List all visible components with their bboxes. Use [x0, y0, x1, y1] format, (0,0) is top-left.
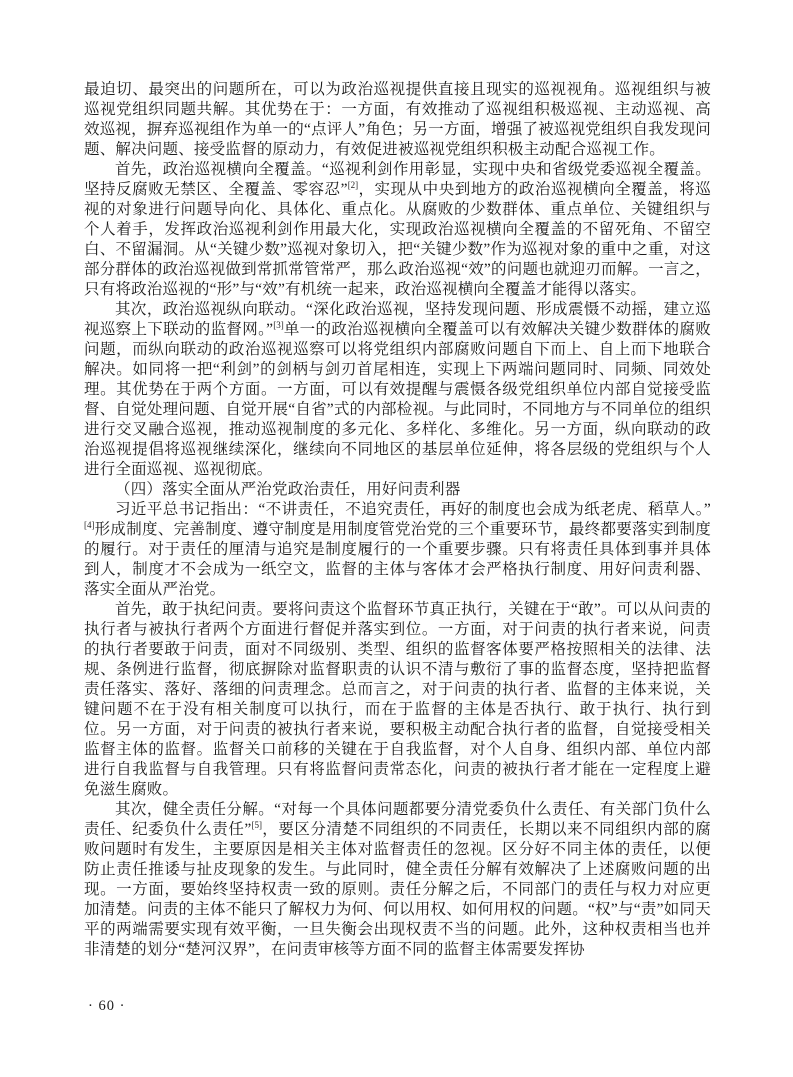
para-vertical-linkage: 其次，政治巡视纵向联动。“深化政治巡视，坚持发现问题、形成震慑不动摇，建立巡视巡…	[84, 300, 711, 480]
footnote-ref: [4]	[84, 520, 95, 530]
page-number: · 60 ·	[88, 998, 125, 1015]
footnote-ref: [5]	[251, 820, 262, 830]
para-continuation: 最迫切、最突出的问题所在，可以为政治巡视提供直接且现实的巡视视角。巡视组织与被巡…	[84, 80, 711, 160]
para-horizontal-coverage: 首先，政治巡视横向全覆盖。“巡视利剑作用彰显，实现中央和省级党委巡视全覆盖。坚持…	[84, 160, 711, 300]
document-page: 最迫切、最突出的问题所在，可以为政治巡视提供直接且现实的巡视视角。巡视组织与被巡…	[0, 0, 793, 1077]
para-responsibility-decomposition: 其次，健全责任分解。“对每一个具体问题都要分清党委负什么责任、有关部门负什么责任…	[84, 800, 711, 960]
footnote-ref: [3]	[273, 320, 284, 330]
para-quote-responsibility: 习近平总书记指出：“不讲责任，不追究责任，再好的制度也会成为纸老虎、稻草人。”[…	[84, 500, 711, 600]
page-body: 最迫切、最突出的问题所在，可以为政治巡视提供直接且现实的巡视视角。巡视组织与被巡…	[84, 80, 711, 960]
para-dare-to-question: 首先，敢于执纪问责。要将问责这个监督环节真正执行，关键在于“敢”。可以从问责的执…	[84, 600, 711, 800]
section-heading: （四）落实全面从严治党政治责任，用好问责利器	[84, 480, 711, 500]
footnote-ref: [2]	[348, 180, 359, 190]
